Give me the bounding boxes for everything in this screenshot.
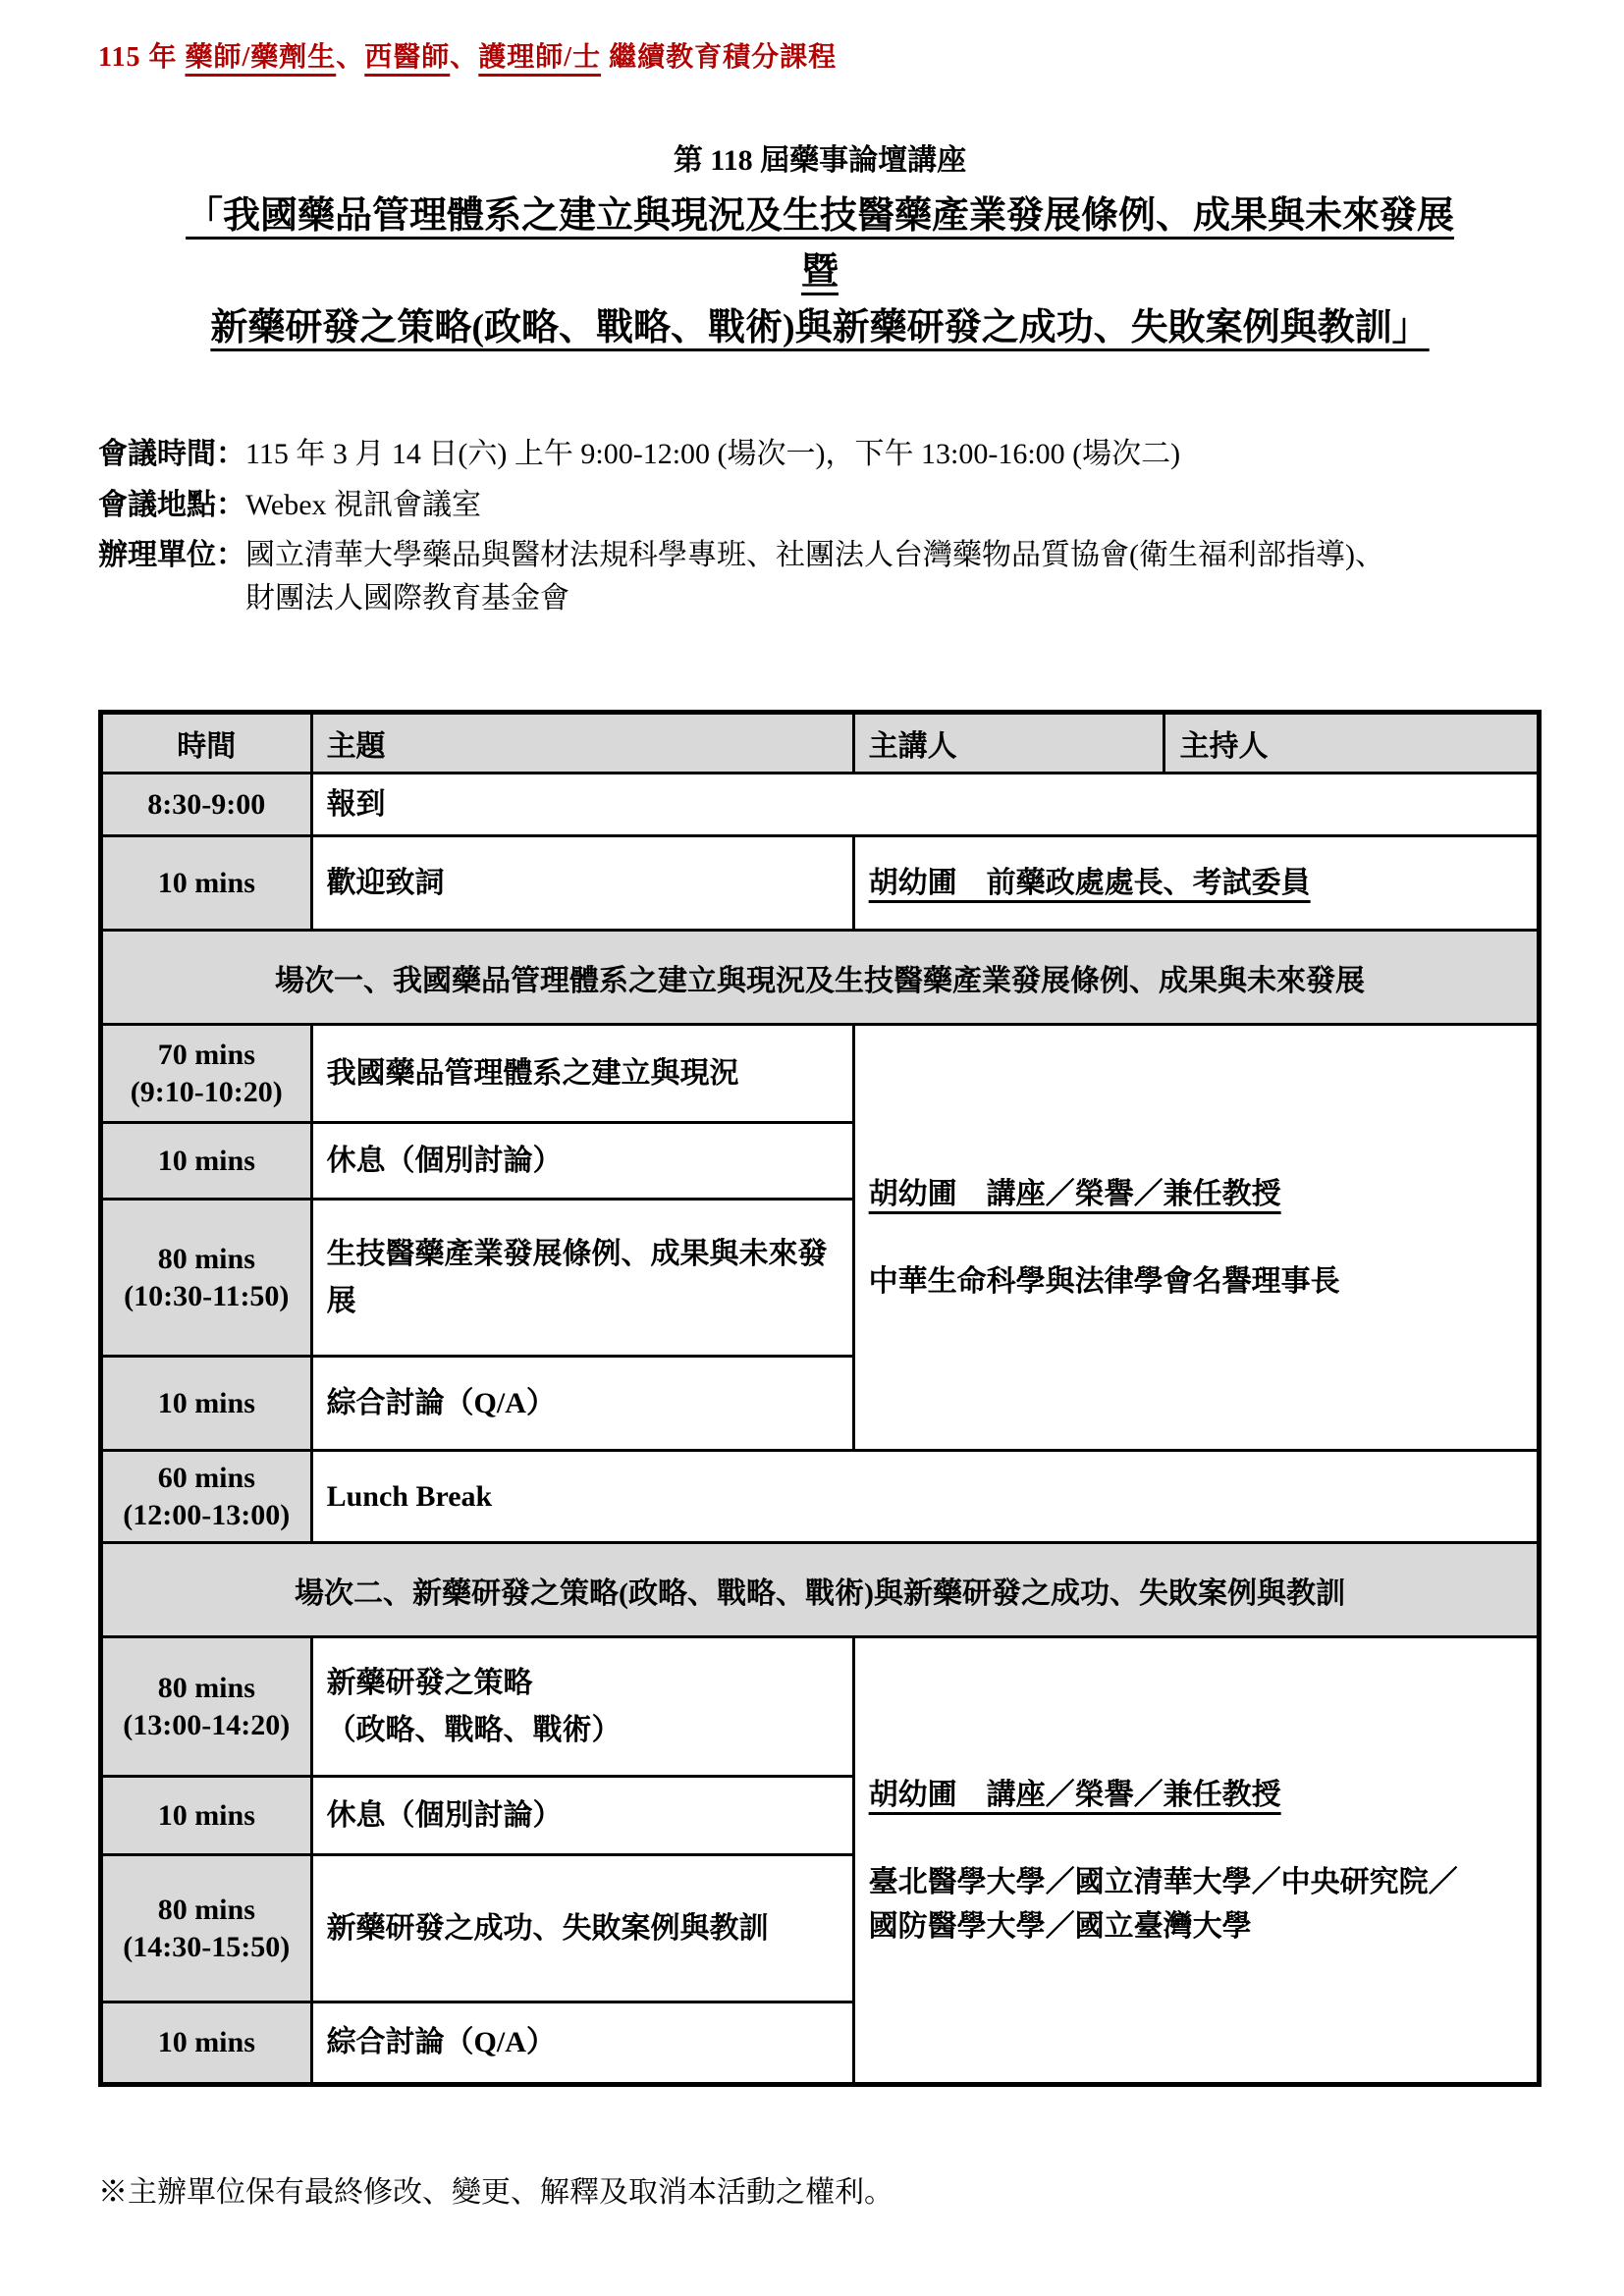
time-duration: 80 mins bbox=[117, 1892, 297, 1929]
speaker-cell: 胡幼圃 前藥政處處長、考試委員 bbox=[853, 836, 1539, 931]
document-page: 115 年 藥師/藥劑生、西醫師、護理師/士 繼續教育積分課程 第 118 屆藥… bbox=[0, 0, 1624, 2296]
info-meeting-location: 會議地點： Webex 視訊會議室 bbox=[98, 484, 1542, 527]
topic-cell: 生技醫藥產業發展條例、成果與未來發展 bbox=[311, 1200, 853, 1357]
time-cell: 10 mins bbox=[101, 2002, 312, 2085]
time-cell: 10 mins bbox=[101, 836, 312, 931]
table-row-session2-header: 場次二、新藥研發之策略(政略、戰略、戰術)與新藥研發之成功、失敗案例與教訓 bbox=[101, 1543, 1540, 1637]
credit-group-nurse: 護理師/士 bbox=[478, 42, 601, 73]
table-row-lunch: 60 mins (12:00-13:00) Lunch Break bbox=[101, 1451, 1540, 1543]
topic-cell: 歡迎致詞 bbox=[311, 836, 853, 931]
credit-group-physician: 西醫師 bbox=[364, 42, 450, 73]
header-host: 主持人 bbox=[1164, 713, 1540, 774]
info-organizer: 辦理單位： 國立清華大學藥品與醫材法規科學專班、社團法人台灣藥物品質協會(衛生福… bbox=[98, 534, 1542, 619]
session1-speaker-cell: 胡幼圃 講座／榮譽／兼任教授 中華生命科學與法律學會名譽理事長 bbox=[853, 1025, 1539, 1451]
table-row-s2-talk1: 80 mins (13:00-14:20) 新藥研發之策略 （政略、戰略、戰術）… bbox=[101, 1637, 1540, 1777]
topic-cell: 我國藥品管理體系之建立與現況 bbox=[311, 1025, 853, 1123]
time-duration: 80 mins bbox=[117, 1670, 297, 1707]
meeting-location-label: 會議地點： bbox=[98, 484, 245, 527]
time-range: (14:30-15:50) bbox=[117, 1929, 297, 1966]
speaker-organization: 中華生命科學與法律學會名譽理事長 bbox=[869, 1259, 1523, 1304]
speaker-org-line2: 國防醫學大學／國立臺灣大學 bbox=[869, 1904, 1523, 1949]
header-topic: 主題 bbox=[311, 713, 853, 774]
credit-line: 115 年 藥師/藥劑生、西醫師、護理師/士 繼續教育積分課程 bbox=[98, 35, 1542, 75]
meeting-time-value: 115 年 3 月 14 日(六) 上午 9:00-12:00 (場次一)，下午… bbox=[245, 433, 1180, 476]
time-cell: 80 mins (13:00-14:20) bbox=[101, 1637, 312, 1777]
table-row-welcome: 10 mins 歡迎致詞 胡幼圃 前藥政處處長、考試委員 bbox=[101, 836, 1540, 931]
speaker-name-title: 胡幼圃 講座／榮譽／兼任教授 bbox=[869, 1773, 1281, 1817]
topic-cell: 新藥研發之策略 （政略、戰略、戰術） bbox=[311, 1637, 853, 1777]
time-cell: 10 mins bbox=[101, 1123, 312, 1200]
main-title-line1: 「我國藥品管理體系之建立與現況及生技醫藥產業發展條例、成果與未來發展 bbox=[186, 195, 1454, 237]
credit-group-pharmacist: 藥師/藥劑生 bbox=[185, 42, 336, 73]
speaker-organization: 臺北醫學大學／國立清華大學／中央研究院／ 國防醫學大學／國立臺灣大學 bbox=[869, 1860, 1523, 1949]
time-duration: 80 mins bbox=[117, 1241, 297, 1278]
topic-cell: 報到 bbox=[311, 774, 1539, 836]
header-speaker: 主講人 bbox=[853, 713, 1164, 774]
credit-suffix: 繼續教育積分課程 bbox=[601, 42, 837, 73]
organizer-line1: 國立清華大學藥品與醫材法規科學專班、社團法人台灣藥物品質協會(衛生福利部指導)、 bbox=[245, 534, 1384, 577]
forum-subtitle: 第 118 屆藥事論壇講座 bbox=[98, 135, 1542, 179]
topic-cell: 綜合討論（Q/A） bbox=[311, 1357, 853, 1451]
time-cell: 60 mins (12:00-13:00) bbox=[101, 1451, 312, 1543]
session2-speaker-cell: 胡幼圃 講座／榮譽／兼任教授 臺北醫學大學／國立清華大學／中央研究院／ 國防醫學… bbox=[853, 1637, 1539, 2085]
time-cell: 70 mins (9:10-10:20) bbox=[101, 1025, 312, 1123]
topic-line1: 新藥研發之策略 bbox=[327, 1660, 839, 1707]
meeting-info: 會議時間： 115 年 3 月 14 日(六) 上午 9:00-12:00 (場… bbox=[98, 433, 1542, 619]
organizer-value: 國立清華大學藥品與醫材法規科學專班、社團法人台灣藥物品質協會(衛生福利部指導)、… bbox=[245, 534, 1384, 619]
main-title-line2: 暨 bbox=[801, 251, 839, 293]
time-cell: 80 mins (14:30-15:50) bbox=[101, 1855, 312, 2002]
table-row-session1-header: 場次一、我國藥品管理體系之建立與現況及生技醫藥產業發展條例、成果與未來發展 bbox=[101, 931, 1540, 1025]
topic-cell: 休息（個別討論） bbox=[311, 1777, 853, 1855]
credit-prefix: 115 年 bbox=[98, 42, 185, 73]
main-title-line3: 新藥研發之策略(政略、戰略、戰術)與新藥研發之成功、失敗案例與教訓」 bbox=[210, 307, 1429, 348]
credit-separator-2: 、 bbox=[450, 42, 478, 73]
speaker-org-line1: 臺北醫學大學／國立清華大學／中央研究院／ bbox=[869, 1860, 1523, 1904]
footer-disclaimer: ※主辦單位保有最終修改、變更、解釋及取消本活動之權利。 bbox=[98, 2167, 1542, 2211]
time-range: (13:00-14:20) bbox=[117, 1707, 297, 1744]
organizer-line2: 財團法人國際教育基金會 bbox=[245, 577, 1384, 620]
topic-cell: 新藥研發之成功、失敗案例與教訓 bbox=[311, 1855, 853, 2002]
section-header-cell: 場次二、新藥研發之策略(政略、戰略、戰術)與新藥研發之成功、失敗案例與教訓 bbox=[101, 1543, 1540, 1637]
credit-separator-1: 、 bbox=[336, 42, 364, 73]
topic-cell: Lunch Break bbox=[311, 1451, 1539, 1543]
organizer-label: 辦理單位： bbox=[98, 534, 245, 577]
time-cell: 10 mins bbox=[101, 1357, 312, 1451]
schedule-table: 時間 主題 主講人 主持人 8:30-9:00 報到 10 mins 歡迎致詞 … bbox=[98, 710, 1542, 2087]
meeting-time-label: 會議時間： bbox=[98, 433, 245, 476]
meeting-location-value: Webex 視訊會議室 bbox=[245, 484, 481, 527]
section-header-cell: 場次一、我國藥品管理體系之建立與現況及生技醫藥產業發展條例、成果與未來發展 bbox=[101, 931, 1540, 1025]
time-cell: 8:30-9:00 bbox=[101, 774, 312, 836]
info-meeting-time: 會議時間： 115 年 3 月 14 日(六) 上午 9:00-12:00 (場… bbox=[98, 433, 1542, 476]
time-cell: 80 mins (10:30-11:50) bbox=[101, 1200, 312, 1357]
header-time: 時間 bbox=[101, 713, 312, 774]
time-cell: 10 mins bbox=[101, 1777, 312, 1855]
table-row-registration: 8:30-9:00 報到 bbox=[101, 774, 1540, 836]
table-row-s1-talk1: 70 mins (9:10-10:20) 我國藥品管理體系之建立與現況 胡幼圃 … bbox=[101, 1025, 1540, 1123]
main-title: 「我國藥品管理體系之建立與現況及生技醫藥產業發展條例、成果與未來發展 暨 新藥研… bbox=[98, 188, 1542, 356]
time-duration: 70 mins bbox=[117, 1037, 297, 1074]
time-range: (10:30-11:50) bbox=[117, 1278, 297, 1315]
time-duration: 60 mins bbox=[117, 1460, 297, 1497]
time-range: (9:10-10:20) bbox=[117, 1074, 297, 1111]
topic-cell: 綜合討論（Q/A） bbox=[311, 2002, 853, 2085]
welcome-speaker: 胡幼圃 前藥政處處長、考試委員 bbox=[869, 861, 1311, 905]
table-header-row: 時間 主題 主講人 主持人 bbox=[101, 713, 1540, 774]
topic-cell: 休息（個別討論） bbox=[311, 1123, 853, 1200]
speaker-name-title: 胡幼圃 講座／榮譽／兼任教授 bbox=[869, 1172, 1281, 1216]
topic-line2: （政略、戰略、戰術） bbox=[327, 1707, 839, 1754]
time-range: (12:00-13:00) bbox=[117, 1497, 297, 1534]
